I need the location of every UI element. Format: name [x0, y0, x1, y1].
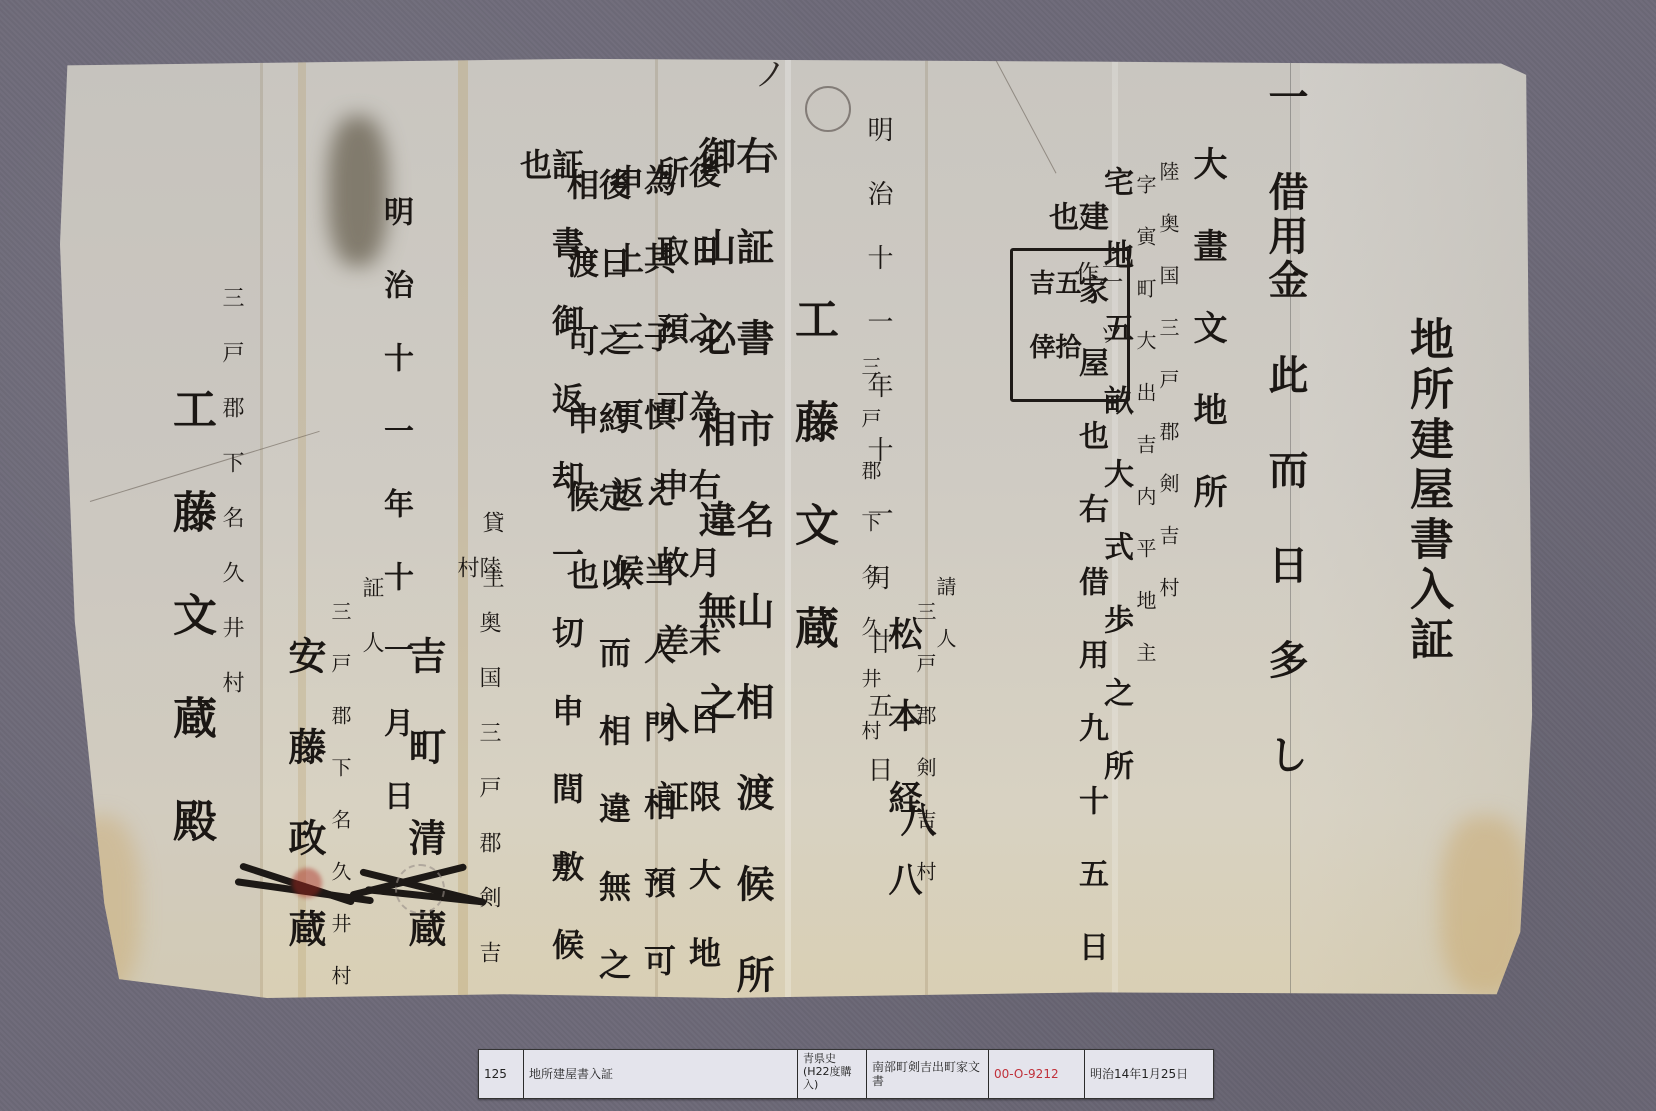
- body-column: 証 書 御 返 却 一 切 申 間 敷 候 也: [518, 148, 582, 998]
- opening-line-column: 一 借用金 此 而 日 多 し: [1265, 76, 1305, 778]
- witness-name: 安 藤 政 蔵: [285, 636, 323, 951]
- signer-left-name: 工 藤 文 蔵 殿: [168, 386, 212, 846]
- catalog-label: 125 地所建屋書入証 青県史(H22度購入) 南部町剣吉出町家文書 00-O-…: [478, 1049, 1214, 1099]
- faint-seal-mark: [805, 86, 851, 132]
- body-column: 字 寅 町 大 出 吉 内 平 地 主: [1135, 174, 1155, 666]
- fold-line: [260, 56, 263, 998]
- signer-left-address: 三 戸 郡 下 名 久 井 村: [220, 286, 242, 697]
- witness-role: 証 人: [360, 576, 382, 657]
- boxed-annotation: 二 ツ 作 五 拾 吉 倖: [1010, 248, 1130, 402]
- catalog-title: 地所建屋書入証: [524, 1050, 798, 1098]
- paper-crease: [995, 58, 1057, 173]
- boxed-annotation-line: 五 拾 吉 倖: [1027, 269, 1079, 399]
- catalog-date: 明治14年1月25日: [1085, 1050, 1213, 1098]
- document-sheet: 地所建屋書入証 一 借用金 此 而 日 多 し 大 畫 文 地 所 陸 奥 国 …: [60, 56, 1538, 998]
- catalog-source: 青県史(H22度購入): [798, 1050, 867, 1098]
- document-title-column: 地所建屋書入証: [1405, 316, 1449, 666]
- body-column: 陸 奥 国 三 戸 郡 剣 吉 村: [1158, 161, 1178, 601]
- signer-right-address: 三 戸 郡 下 名 久 井 村: [860, 356, 880, 744]
- date-left: 明 治 十 一 年 十 一 月 日: [380, 196, 410, 814]
- catalog-collection: 南部町剣吉出町家文書: [867, 1050, 989, 1098]
- faint-seal-mark: [395, 864, 445, 914]
- witness-address: 三 戸 郡 下 名 久 井 村: [330, 601, 350, 989]
- body-column: 大 畫 文 地 所: [1190, 146, 1224, 512]
- signer-right-name: 工 藤 文 蔵: [790, 296, 834, 653]
- water-stain: [60, 816, 140, 996]
- red-seal-mark: [292, 868, 322, 898]
- guarantor-role: 請 人: [935, 576, 955, 652]
- lender-address: 陸 奥 国 三 戸 郡 剣 吉 村: [455, 556, 499, 998]
- water-stain: [1440, 816, 1530, 996]
- marginal-mark: 八: [898, 801, 934, 841]
- catalog-id: 00-O-9212: [989, 1050, 1085, 1098]
- catalog-number: 125: [479, 1050, 524, 1098]
